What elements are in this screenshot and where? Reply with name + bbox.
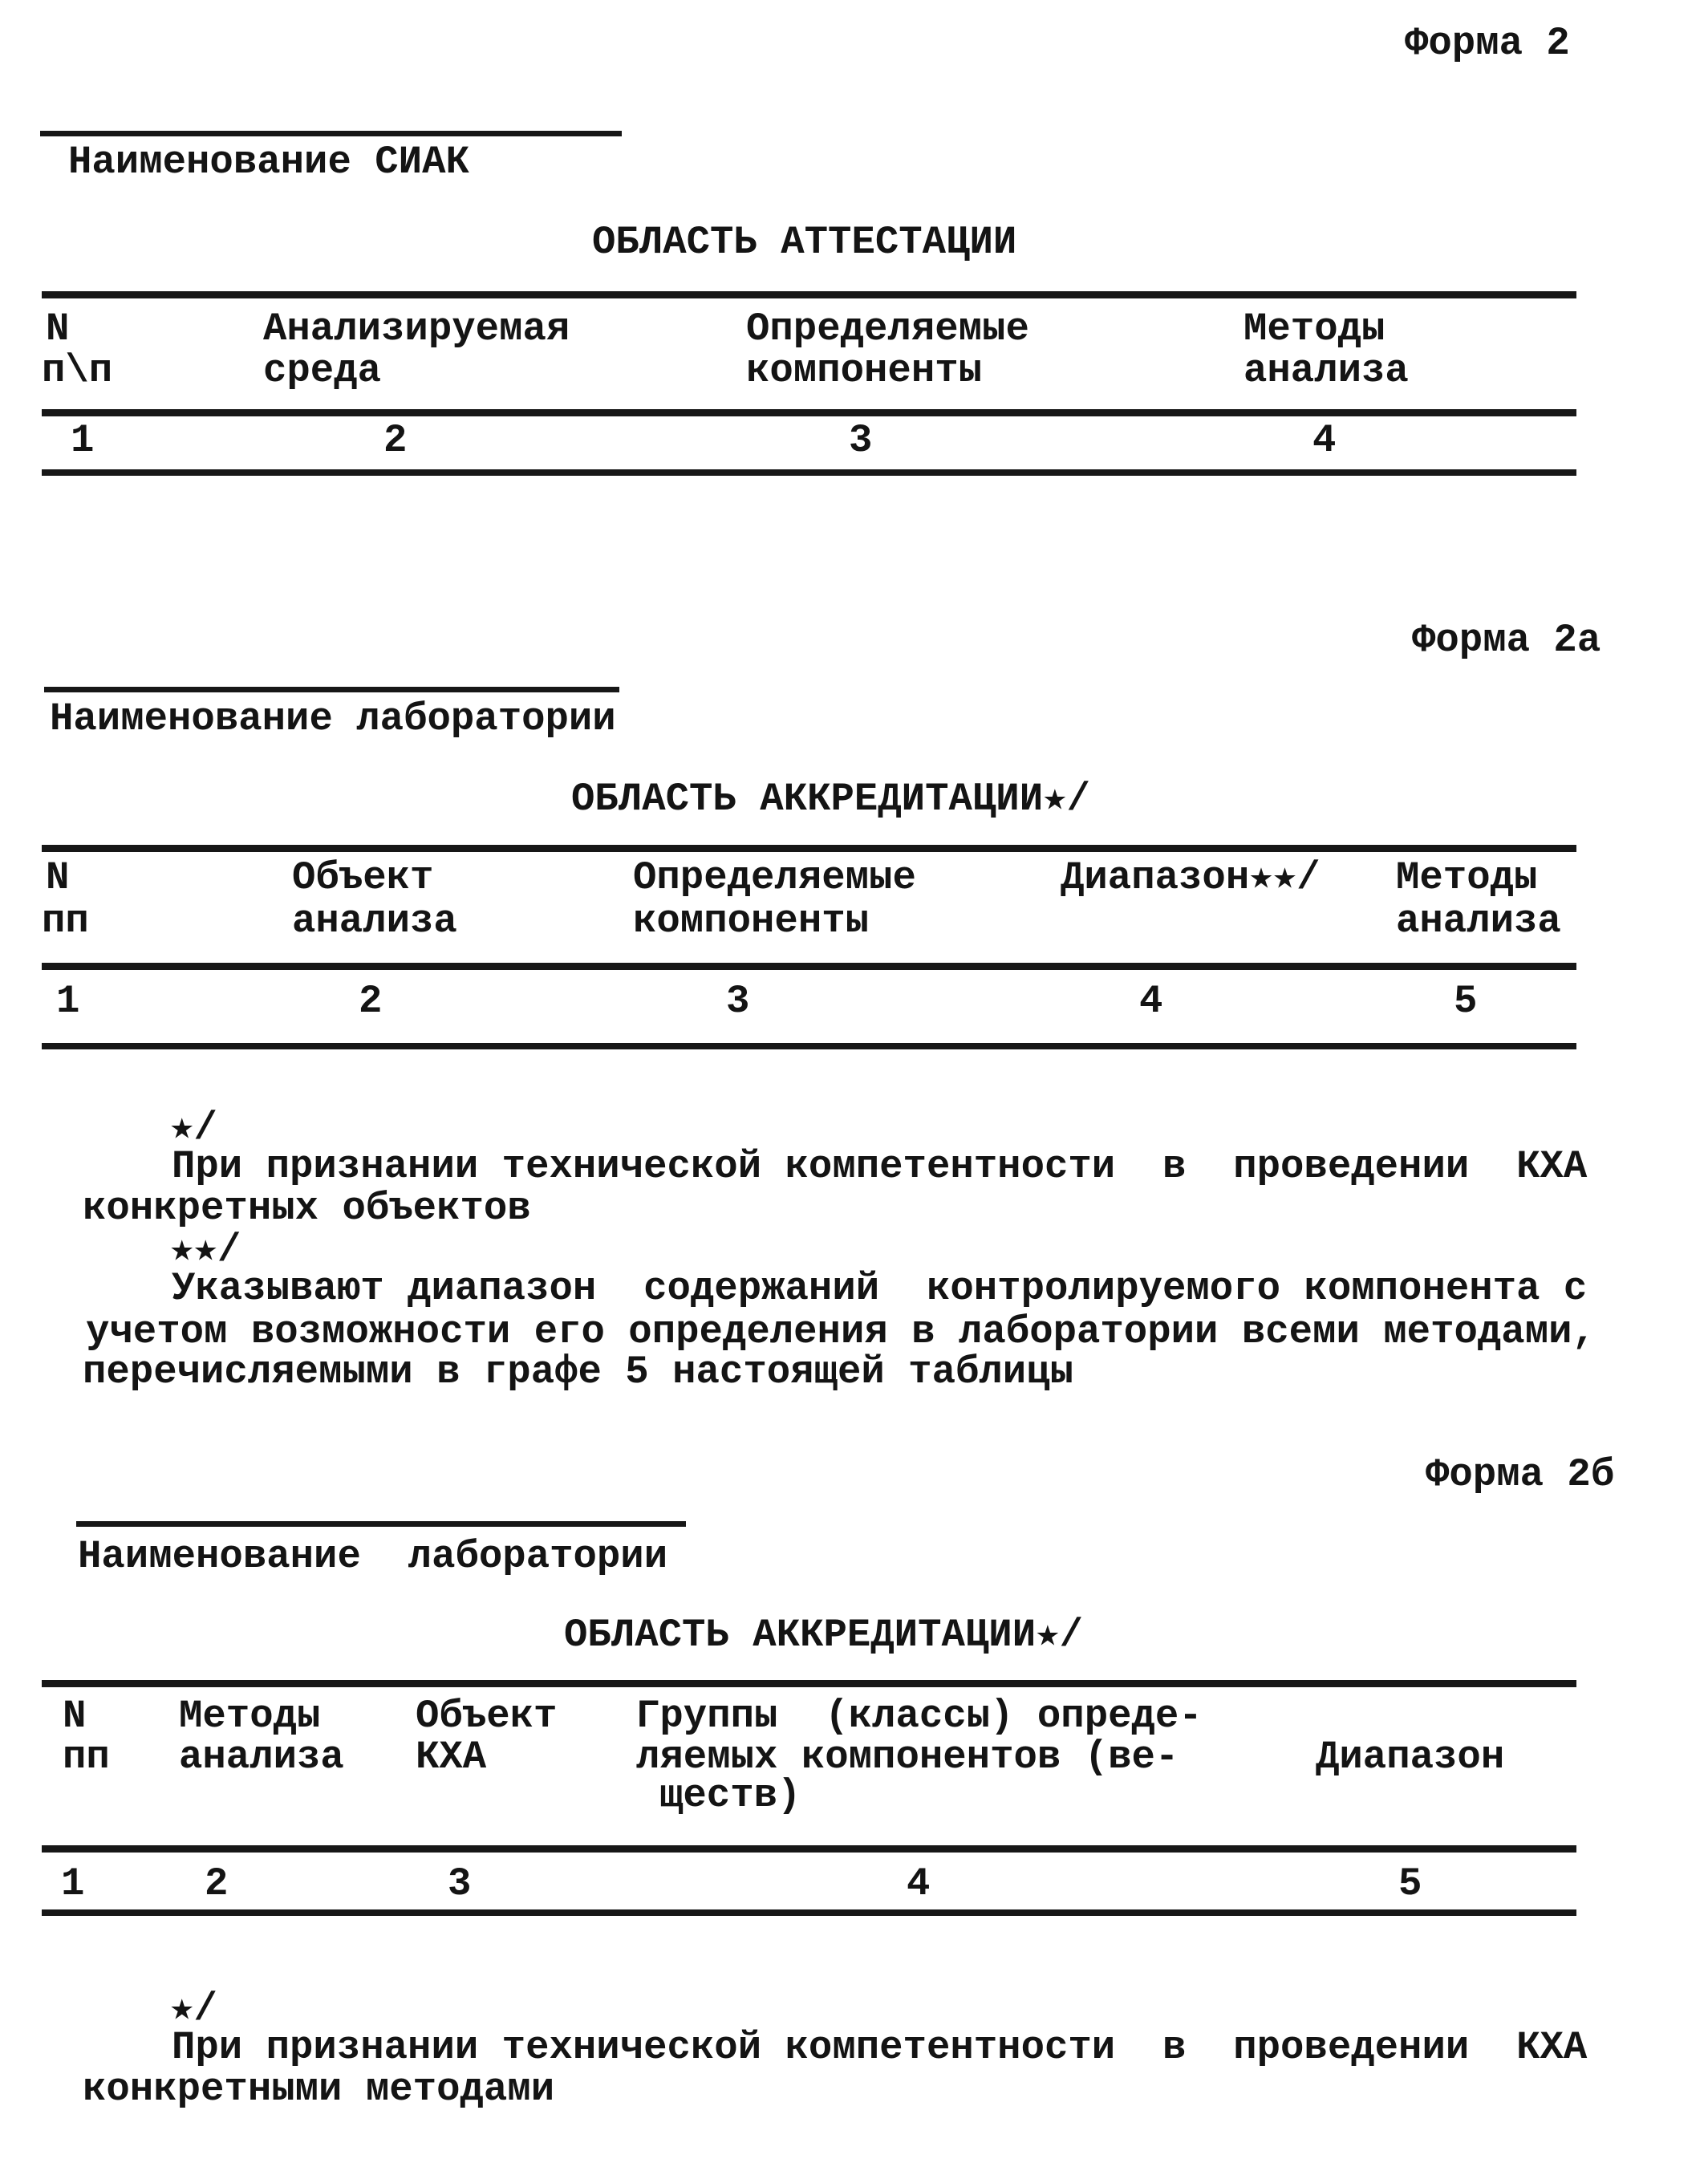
form-2b-table-rule-mid xyxy=(42,1845,1576,1853)
form-2-title: ОБЛАСТЬ АТТЕСТАЦИИ xyxy=(592,221,1016,265)
form-2-table-colnum-1: 1 xyxy=(71,420,94,463)
form-2-table-header-n-sub: п\п xyxy=(42,350,112,393)
footnote-text-line: При признании технической компетентности… xyxy=(172,1146,1587,1189)
form-2-table-header-medium-sub: среда xyxy=(263,350,381,393)
form-2b-table-rule-bottom xyxy=(42,1909,1576,1916)
footnote-text-line: конкретными методами xyxy=(83,2068,554,2112)
form-2-table-header-methods: Методы xyxy=(1243,308,1385,351)
form-2b-table-header-range: Диапазон xyxy=(1316,1736,1504,1780)
form-2b-name-line: Наименование лаборатории xyxy=(78,1536,667,1579)
form-2b-table-header-groups: Группы (классы) опреде- xyxy=(636,1695,1203,1739)
form-2-name-overline xyxy=(40,131,622,136)
form-2a-table-header-object-sub: анализа xyxy=(292,900,457,944)
form-2-table-colnum-3: 3 xyxy=(849,420,872,463)
form-2a-label: Форма 2а xyxy=(1412,619,1600,663)
form-2b-table-rule-top xyxy=(42,1680,1576,1687)
form-2b-table-header-groups-sub2: ществ) xyxy=(659,1775,801,1818)
form-2b-table-colnum-2: 2 xyxy=(205,1863,228,1906)
form-2-table-header-components: Определяемые xyxy=(746,308,1029,351)
form-2a-name-line: Наименование лаборатории xyxy=(50,698,616,741)
form-2-table-rule-top xyxy=(42,291,1576,298)
form-2b-label: Форма 2б xyxy=(1426,1454,1614,1497)
form-2-table-header-components-sub: компоненты xyxy=(746,350,982,393)
form-2a-table-header-n-sub: пп xyxy=(42,900,89,944)
footnote-text-line: учетом возможности его определения в лаб… xyxy=(86,1311,1596,1354)
form-2a-table-rule-bottom xyxy=(42,1043,1576,1049)
scanned-document-page: Форма 2 Наименование СИАК ОБЛАСТЬ АТТЕСТ… xyxy=(0,0,1708,2163)
form-2b-table-colnum-3: 3 xyxy=(448,1863,471,1906)
form-2b-table-header-n: N xyxy=(63,1695,86,1739)
form-2-table-colnum-2: 2 xyxy=(383,420,407,463)
form-2a-table-colnum-2: 2 xyxy=(359,980,382,1024)
footnote-text-line: При признании технической компетентности… xyxy=(172,2027,1587,2070)
form-2a-table-header-object: Объект xyxy=(292,857,433,900)
form-2a-table-colnum-4: 4 xyxy=(1139,980,1162,1024)
form-2-table-rule-bottom xyxy=(42,469,1576,476)
form-2a-table-rule-top xyxy=(42,845,1576,852)
form-2a-table-header-components-sub: компоненты xyxy=(633,900,869,944)
form-2b-table-header-object: Объект xyxy=(416,1695,557,1739)
form-2b-table-header-n-sub: пп xyxy=(63,1736,110,1780)
form-2-table-colnum-4: 4 xyxy=(1312,420,1336,463)
footnote-text-line: перечисляемыми в графе 5 настоящей табли… xyxy=(83,1351,1073,1394)
form-2b-table-header-kha: КХА xyxy=(416,1736,486,1780)
form-2b-table-header-methods-sub: анализа xyxy=(179,1736,344,1780)
form-2a-table-colnum-5: 5 xyxy=(1454,980,1477,1024)
form-2a-title: ОБЛАСТЬ АККРЕДИТАЦИИ★/ xyxy=(571,778,1090,822)
form-2b-table-colnum-1: 1 xyxy=(61,1863,84,1906)
form-2a-table-header-methods-sub: анализа xyxy=(1396,900,1561,944)
form-2a-table-header-components: Определяемые xyxy=(633,857,916,900)
form-2b-table-header-methods: Методы xyxy=(179,1695,320,1739)
form-2b-name-overline xyxy=(76,1521,686,1527)
form-2-name-line: Наименование СИАК xyxy=(68,141,469,185)
form-2-table-header-methods-sub: анализа xyxy=(1243,350,1409,393)
form-2a-table-header-n: N xyxy=(46,857,69,900)
form-2a-table-colnum-1: 1 xyxy=(56,980,79,1024)
footnote-text-line: конкретных объектов xyxy=(83,1187,531,1231)
form-2a-table-rule-mid xyxy=(42,963,1576,970)
form-2-table-header-medium: Анализируемая xyxy=(263,308,570,351)
form-2a-table-header-methods: Методы xyxy=(1396,857,1537,900)
form-2b-title: ОБЛАСТЬ АККРЕДИТАЦИИ★/ xyxy=(564,1614,1083,1658)
form-2-label: Форма 2 xyxy=(1405,22,1570,66)
form-2-table-header-n: N xyxy=(46,308,69,351)
form-2b-table-colnum-4: 4 xyxy=(907,1863,930,1906)
form-2a-table-header-range: Диапазон★★/ xyxy=(1061,857,1321,900)
form-2a-name-overline xyxy=(44,687,619,692)
form-2-table-rule-mid xyxy=(42,409,1576,416)
footnote-text-line: Указывают диапазон содержаний контролиру… xyxy=(172,1268,1587,1311)
form-2b-table-colnum-5: 5 xyxy=(1398,1863,1422,1906)
form-2a-table-colnum-3: 3 xyxy=(726,980,749,1024)
